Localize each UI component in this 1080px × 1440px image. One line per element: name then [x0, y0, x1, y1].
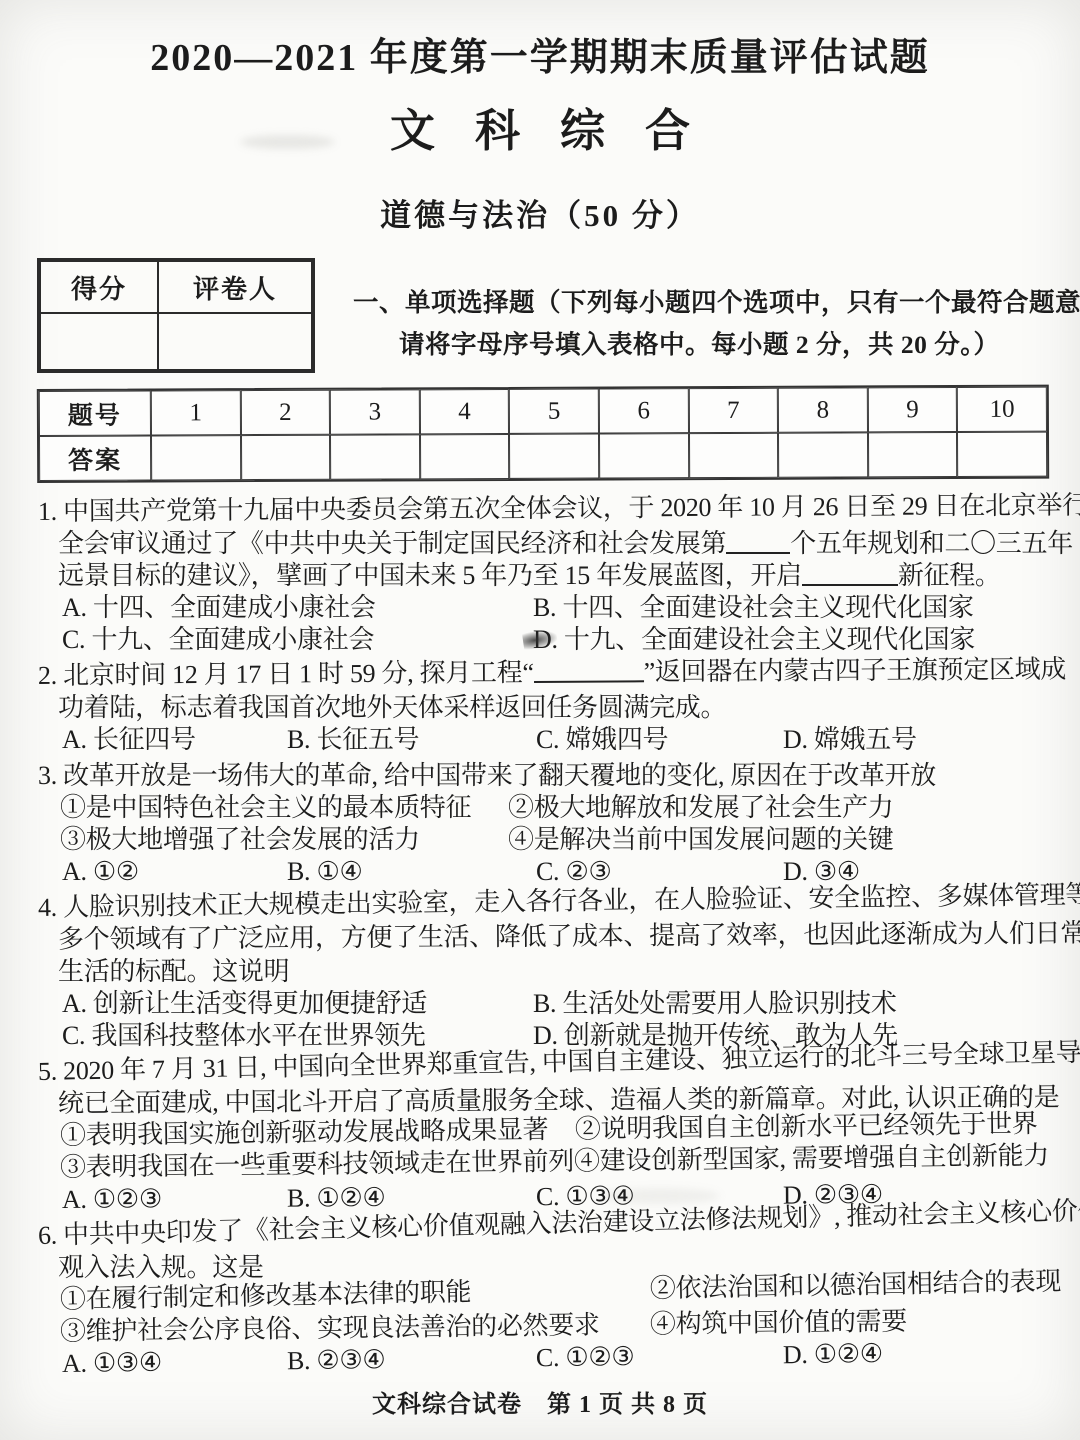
question-number-cell: 7 [688, 388, 778, 433]
question-text: 2. 北京时间 12 月 17 日 1 时 59 分, 探月工程“ [38, 658, 534, 690]
answer-cell [420, 434, 510, 479]
options-row: C. 十九、全面建成小康社会 D. 十九、全面建设社会主义现代化国家 [62, 624, 1080, 656]
statement-item-4: ④建设创新型国家, 需要增强自主创新能力 [574, 1141, 1049, 1176]
exam-paper-page: 2020—2021 年度第一学期期末质量评估试题 文科综合 道德与法治（50 分… [0, 0, 1080, 1440]
fill-in-blank [534, 658, 644, 683]
option-d-text: D. 十九、全面建设社会主义现代化国家 [533, 625, 975, 654]
question-number-cell: 2 [240, 390, 330, 435]
options-row: A. 长征四号 B. 长征五号 C. 嫦娥四号 D. 嫦娥五号 [62, 724, 1080, 756]
option-c: C. 嫦娥四号 [536, 724, 783, 756]
question-text-line: 全会审议通过了《中共中央关于制定国民经济和社会发展第个五年规划和二〇三五年 [38, 528, 1080, 560]
option-c: C. 十九、全面建成小康社会 [62, 624, 533, 656]
section-heading: 道德与法治（50 分） [0, 190, 1080, 235]
answer-cell [151, 435, 241, 480]
question-text: 个五年规划和二〇三五年 [790, 529, 1073, 558]
question-number-cell: 9 [868, 387, 958, 432]
question-text: 新征程。 [898, 561, 1001, 590]
instruction-line: 请将字母序号填入表格中。每小题 2 分，共 20 分。） [353, 324, 1053, 366]
question-1: 1. 中国共产党第十九届中央委员会第五次全体会议，于 2020 年 10 月 2… [38, 496, 1080, 656]
option-a: A. 创新让生活变得更加便捷舒适 [62, 988, 533, 1020]
question-text: 远景目标的建议》，擘画了中国未来 5 年乃至 15 年发展蓝图，开启 [58, 561, 802, 590]
grader-blank-cell [158, 313, 312, 370]
option-d: D. ①②④ [783, 1336, 1080, 1372]
option-d: D. 嫦娥五号 [783, 724, 1080, 756]
statement-item-4: ④构筑中国价值的需要 [650, 1304, 1080, 1341]
score-label: 得分 [40, 261, 158, 313]
question-list: 1. 中国共产党第十九届中央委员会第五次全体会议，于 2020 年 10 月 2… [38, 496, 1080, 1384]
question-number-cell: 5 [509, 389, 599, 434]
statement-items-row: ①是中国特色社会主义的最本质特征 ②极大地解放和发展了社会生产力 [60, 792, 1080, 824]
question-number-cell: 1 [151, 390, 241, 435]
instruction-line: 一、单项选择题（下列每小题四个选项中，只有一个最符合题意， [353, 282, 1053, 324]
question-text-line: 3. 改革开放是一场伟大的革命, 给中国带来了翻天覆地的变化, 原因在于改革开放 [38, 760, 1080, 792]
fill-in-blank [726, 530, 790, 554]
page-footer: 文科综合试卷 第 1 页 共 8 页 [0, 1384, 1080, 1419]
question-number-cell: 8 [778, 387, 868, 432]
option-a: A. 长征四号 [62, 724, 287, 756]
section-instructions: 一、单项选择题（下列每小题四个选项中，只有一个最符合题意， 请将字母序号填入表格… [353, 282, 1053, 366]
question-text-line: 多个领域有了广泛应用，方便了生活、降低了成本、提高了效率，也因此逐渐成为人们日常 [38, 918, 1080, 956]
answer-table-header-answer: 答案 [39, 436, 151, 481]
question-text-line: 1. 中国共产党第十九届中央委员会第五次全体会议，于 2020 年 10 月 2… [38, 490, 1080, 528]
question-4: 4. 人脸识别技术正大规模走出实验室，走入各行各业，在人脸验证、安全监控、多媒体… [38, 892, 1080, 1052]
question-text: ”返回器在内蒙古四子王旗预定区域成 [644, 655, 1067, 687]
question-6: 6. 中共中央印发了《社会主义核心价值观融入法治建设立法修法规划》, 推动社会主… [38, 1220, 1080, 1380]
answer-cell [868, 432, 958, 477]
option-a: A. 十四、全面建成小康社会 [62, 592, 533, 624]
score-blank-cell [40, 313, 158, 370]
question-text-line: 远景目标的建议》，擘画了中国未来 5 年乃至 15 年发展蓝图，开启新征程。 [38, 560, 1080, 592]
answer-table-header-number: 题号 [39, 391, 151, 436]
answer-cell [778, 432, 868, 477]
question-number-cell: 4 [420, 389, 510, 434]
answer-table: 题号 1 2 3 4 5 6 7 8 9 10 答案 [37, 385, 1049, 483]
answer-cell [957, 432, 1047, 477]
option-a: A. ①② [62, 856, 287, 888]
option-b: B. 十四、全面建设社会主义现代化国家 [533, 592, 1080, 624]
score-box: 得分 评卷人 [37, 258, 315, 373]
question-text-line: 功着陆，标志着我国首次地外天体采样返回任务圆满完成。 [38, 692, 1080, 724]
answer-cell [599, 433, 689, 478]
question-text: 全会审议通过了《中共中央关于制定国民经济和社会发展第 [58, 529, 726, 558]
answer-cell [509, 434, 599, 479]
question-text-line: 生活的标配。这说明 [38, 956, 1080, 988]
subject-title-wrap: 文科综合 [0, 94, 1080, 159]
question-text-line: 2. 北京时间 12 月 17 日 1 时 59 分, 探月工程“”返回器在内蒙… [38, 654, 1080, 692]
option-b: B. 生活处处需要用人脸识别技术 [533, 988, 1080, 1020]
page-title: 2020—2021 年度第一学期期末质量评估试题 [0, 26, 1080, 81]
question-number-cell: 10 [957, 387, 1047, 432]
options-row: A. 十四、全面建成小康社会 B. 十四、全面建设社会主义现代化国家 [62, 592, 1080, 624]
statement-item-2: ②依法治国和以德治国相结合的表现 [650, 1265, 1080, 1305]
answer-cell [330, 434, 420, 479]
statement-item-4: ④是解决当前中国发展问题的关键 [508, 824, 1080, 856]
statement-items-row: ③极大地增强了社会发展的活力 ④是解决当前中国发展问题的关键 [60, 824, 1080, 856]
option-b: B. 长征五号 [287, 724, 536, 756]
question-number-cell: 3 [330, 389, 420, 434]
statement-item-3: ③表明我国在一些重要科技领域走在世界前列 [60, 1147, 574, 1182]
option-d: D. 十九、全面建设社会主义现代化国家 [533, 624, 1080, 656]
statement-item-2: ②极大地解放和发展了社会生产力 [508, 792, 1080, 824]
question-3: 3. 改革开放是一场伟大的革命, 给中国带来了翻天覆地的变化, 原因在于改革开放… [38, 760, 1080, 888]
question-number-cell: 6 [599, 388, 689, 433]
option-a: A. ①②③ [62, 1183, 287, 1216]
answer-cell [689, 433, 779, 478]
question-2: 2. 北京时间 12 月 17 日 1 时 59 分, 探月工程“”返回器在内蒙… [38, 660, 1080, 756]
option-a: A. ①③④ [62, 1345, 287, 1380]
answer-cell [241, 435, 331, 480]
fill-in-blank [802, 562, 898, 586]
statement-item-3: ③极大地增强了社会发展的活力 [60, 824, 508, 856]
option-c: C. 我国科技整体水平在世界领先 [62, 1020, 533, 1052]
options-row: A. 创新让生活变得更加便捷舒适 B. 生活处处需要用人脸识别技术 [62, 988, 1080, 1020]
statement-item-1: ①是中国特色社会主义的最本质特征 [60, 792, 508, 824]
option-b: B. ①④ [287, 856, 536, 888]
grader-label: 评卷人 [158, 261, 312, 313]
option-b: B. ②③④ [287, 1342, 536, 1377]
option-c: C. ①②③ [536, 1339, 783, 1374]
subject-title: 文科综合 [390, 106, 730, 156]
question-5: 5. 2020 年 7 月 31 日, 中国向全世界郑重宣告, 中国自主建设、独… [38, 1056, 1080, 1216]
